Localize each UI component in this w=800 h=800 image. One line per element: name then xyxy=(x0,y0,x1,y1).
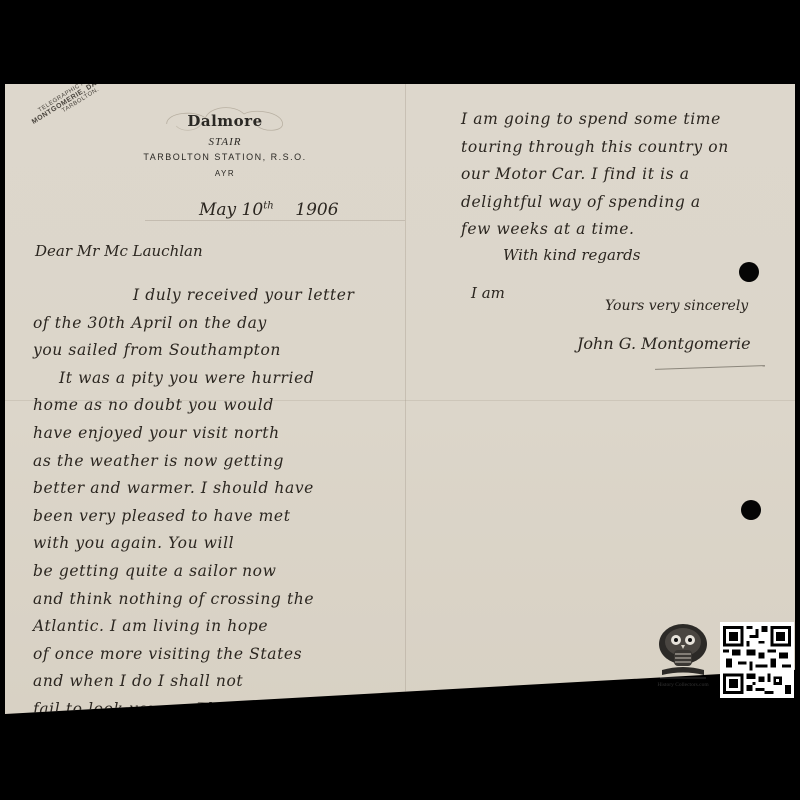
signature: John G. Montgomerie xyxy=(577,334,751,353)
letterhead: Dalmore STAIR TARBOLTON STATION, R.S.O. … xyxy=(125,108,325,178)
body-line: and when I do I shall not xyxy=(33,668,393,696)
qr-code-icon[interactable] xyxy=(720,622,794,698)
owl-on-book-icon xyxy=(656,620,710,680)
body-line: as the weather is now getting xyxy=(33,448,393,476)
house-name: Dalmore xyxy=(187,112,262,130)
body-line: It was a pity you were hurried xyxy=(33,365,393,393)
body-line: few weeks at a time. xyxy=(461,216,781,244)
body-line: our Motor Car. I find it is a xyxy=(461,161,781,189)
date-month-day: May 10 xyxy=(199,200,263,220)
body-line: of the 30th April on the day xyxy=(33,310,393,338)
right-column-body: I am going to spend some time touring th… xyxy=(461,106,781,244)
telegraphic-town: TARBOLTON. xyxy=(20,61,142,140)
body-line: have enjoyed your visit north xyxy=(33,420,393,448)
county-name: AYR xyxy=(125,169,325,178)
vertical-fold-crease xyxy=(405,84,406,714)
body-line: I duly received your letter xyxy=(33,282,393,310)
closing-i-am: I am xyxy=(471,284,505,302)
body-line: with you again. You will xyxy=(33,530,393,558)
watermark-text: History Collectors.com xyxy=(648,682,718,688)
body-line: and think nothing of crossing the xyxy=(33,586,393,614)
body-line: you sailed from Southampton xyxy=(33,337,393,365)
body-line: better and warmer. I should have xyxy=(33,475,393,503)
date-ruled-line xyxy=(145,220,405,221)
body-line: be getting quite a sailor now xyxy=(33,558,393,586)
salutation: Dear Mr Mc Lauchlan xyxy=(35,242,203,260)
telegraphic-address: MONTGOMERIE, DALMORE, xyxy=(16,55,138,135)
body-line: delightful way of spending a xyxy=(461,189,781,217)
valediction: Yours very sincerely xyxy=(605,298,748,314)
body-line: Atlantic. I am living in hope xyxy=(33,613,393,641)
body-line: fail to look you up. This summer xyxy=(33,696,393,724)
left-column-body: I duly received your letter of the 30th … xyxy=(33,282,393,724)
place-name: STAIR xyxy=(125,136,325,148)
date-year: 1906 xyxy=(295,200,338,220)
date-suffix: th xyxy=(263,200,273,211)
body-line: been very pleased to have met xyxy=(33,503,393,531)
body-line: of once more visiting the States xyxy=(33,641,393,669)
history-collectors-watermark: History Collectors.com xyxy=(648,620,718,688)
embossed-monogram: Dalmore xyxy=(157,108,292,135)
punch-hole-icon xyxy=(739,262,759,282)
letter-date: May 10th 1906 xyxy=(199,200,339,220)
signature-underline xyxy=(655,365,765,370)
telegraphic-label: TELEGRAPHIC ADDRESS xyxy=(13,50,135,129)
closing-regards: With kind regards xyxy=(503,246,640,264)
body-line: touring through this country on xyxy=(461,134,781,162)
punch-hole-icon xyxy=(741,500,761,520)
body-line: I am going to spend some time xyxy=(461,106,781,134)
body-line: home as no doubt you would xyxy=(33,392,393,420)
station-name: TARBOLTON STATION, R.S.O. xyxy=(125,152,325,162)
telegraphic-address-stamp: TELEGRAPHIC ADDRESS MONTGOMERIE, DALMORE… xyxy=(13,50,142,140)
